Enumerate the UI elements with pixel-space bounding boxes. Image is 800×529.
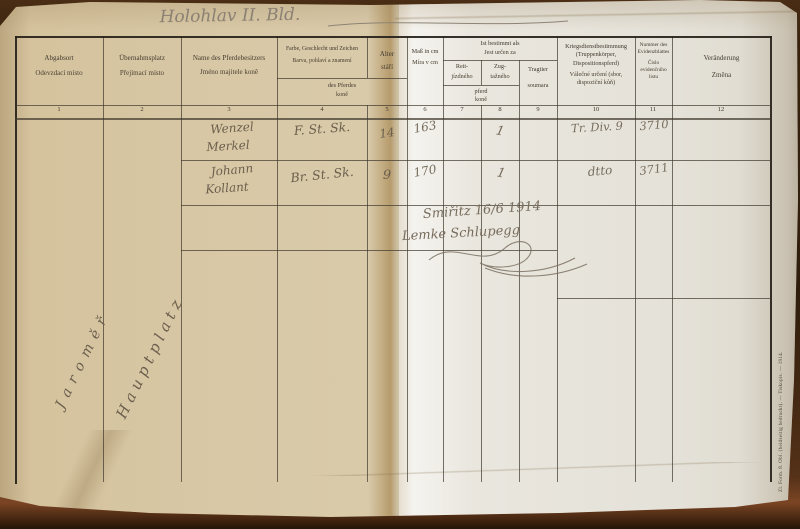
top-crease [395,8,795,22]
header-german-label: Reit- [444,63,480,71]
column-number: 6 [415,106,435,113]
column-number: 8 [490,106,510,113]
header-czech-label: soumara [520,82,556,90]
table-horizontal-line [15,36,772,38]
header-german-label: Abgabsort [17,54,101,63]
table-horizontal-line [443,60,557,61]
header-german-label: Alter [368,50,406,59]
group-header-bestimmt: Ist bestimmt als Jest určen za [444,40,556,58]
table-horizontal-line [277,78,407,79]
table-vertical-line [672,36,673,482]
entry-color-code: Br. St. Sk. [280,163,363,186]
entry-age: 14 [369,124,405,143]
header-german-label: Nummer des Evidenzblattes [637,42,670,57]
header-german-label: Übernahmsplatz [105,54,179,63]
header-czech-label: Barva, pohlaví a znamení [278,58,366,66]
header-german-label: Farbe, Geschlecht und Zeichen [278,46,366,54]
column-header-alter: Alter stáří [368,50,406,73]
entry-zugpferd-mark: 1 [487,122,514,142]
column-number: 2 [132,106,152,113]
header-german-label: Ist bestimmt als [444,40,556,48]
column-number: 4 [312,106,332,113]
photo-background: Holohlav II. Bld. Abgabsort Odevzdací mí… [0,0,800,529]
table-vertical-line [770,36,772,482]
entry-evidenz-nr: 3710 [636,117,671,134]
column-header-evidenzblatt: Nummer des Evidenzblattes Číslo evidenčn… [637,42,670,81]
group-header-pferd: pferd koně [444,88,518,105]
entry-height-cm: 170 [406,161,444,181]
entry-zugpferd-mark: 1 [488,164,515,184]
column-number: 5 [377,106,397,113]
header-czech-label: Přejímací místo [105,69,179,78]
table-vertical-line [519,60,520,482]
bottom-left-crease [0,430,180,520]
header-czech-label: Jméno majitele koně [183,68,275,77]
table-vertical-line [635,36,636,482]
group-header-des-pferdes: des Pferdes koně [278,82,406,100]
entry-owner-name-line1: Johann [192,160,273,181]
entry-evidenz-nr: 3711 [635,160,673,179]
column-header-zug: Zug- tažného [482,63,518,82]
document-paper: Holohlav II. Bld. Abgabsort Odevzdací mí… [0,0,800,529]
header-german-label: des Pferdes [278,82,406,90]
table-horizontal-line [443,85,519,86]
bottom-crease [280,462,790,476]
column-number: 7 [452,106,472,113]
entry-age: 9 [372,168,402,183]
header-czech-label: Válečné určení (sbor, dispoziční kůň) [559,71,633,88]
table-horizontal-line [557,298,771,299]
header-czech-label: Jest určen za [444,49,556,57]
header-czech-label: Odevzdací místo [17,69,101,78]
entry-kriegsdienst-ditto: dtto [574,162,625,180]
table-vertical-line [481,105,482,482]
title-underline-flourish [326,16,571,32]
entry-owner-name-line2: Merkel [188,137,269,155]
table-vertical-line [15,36,17,484]
header-czech-label: stáří [368,63,406,72]
header-czech-label: Míra v cm [407,59,443,67]
header-german-label: Name des Pferdebesitzers [183,54,275,63]
entry-color-code: F. St. Sk. [283,118,362,138]
column-number: 10 [586,106,606,113]
header-czech-label: tažného [482,73,518,81]
table-horizontal-line [181,250,557,251]
column-number: 1 [49,106,69,113]
header-czech-label: koně [444,96,518,104]
table-vertical-line [557,36,558,482]
entry-kriegsdienst: Tr. Div. 9 [562,118,633,136]
header-czech-label: Číslo evidenčního listu [637,60,670,82]
entry-owner-name-line1: Wenzel [192,118,273,138]
column-header-reit: Reit- jízdného [444,63,480,82]
table-vertical-line [367,105,368,482]
column-header-besitzer: Name des Pferdebesitzers Jméno majitele … [183,54,275,78]
entry-height-cm: 163 [407,117,443,137]
column-number: 12 [711,106,731,113]
header-german-label: Zug- [482,63,518,71]
column-header-mass: Maß in cm Míra v cm [407,48,443,68]
table-vertical-line [181,36,182,482]
table-vertical-line [103,36,104,482]
header-german-label: Tragtier [520,66,556,74]
column-number: 11 [643,106,663,113]
column-header-abgabsort: Abgabsort Odevzdací místo [17,54,101,79]
column-header-tragtier: Tragtier soumara [520,66,556,91]
handwritten-title: Holohlav II. Bld. [100,4,360,29]
header-czech-label: koně [278,91,406,99]
column-header-farbe: Farbe, Geschlecht und Zeichen Barva, poh… [278,46,366,66]
form-number-fine-print: Zl. Form. 8. Obl. (beidseitig bedruckt).… [779,277,784,492]
header-german-label: pferd [444,88,518,96]
table-vertical-line [407,36,408,482]
column-header-kriegsdienst: Kriegsdienstbestimmung (Truppenkörper, D… [559,43,633,88]
header-czech-label: jízdného [444,73,480,81]
entry-owner-name-line2: Kollant [185,178,270,198]
column-header-veraenderung: Veränderung Změna [674,54,769,81]
header-czech-label: Změna [674,71,769,80]
table-vertical-line [277,36,278,482]
column-number: 9 [528,106,548,113]
header-german-label: Maß in cm [407,48,443,56]
column-header-uebernahmsplatz: Übernahmsplatz Přejímací místo [105,54,179,79]
header-german-label: Veränderung [674,54,769,63]
header-german-label: Kriegsdienstbestimmung (Truppenkörper, D… [559,43,633,68]
column-number: 3 [219,106,239,113]
